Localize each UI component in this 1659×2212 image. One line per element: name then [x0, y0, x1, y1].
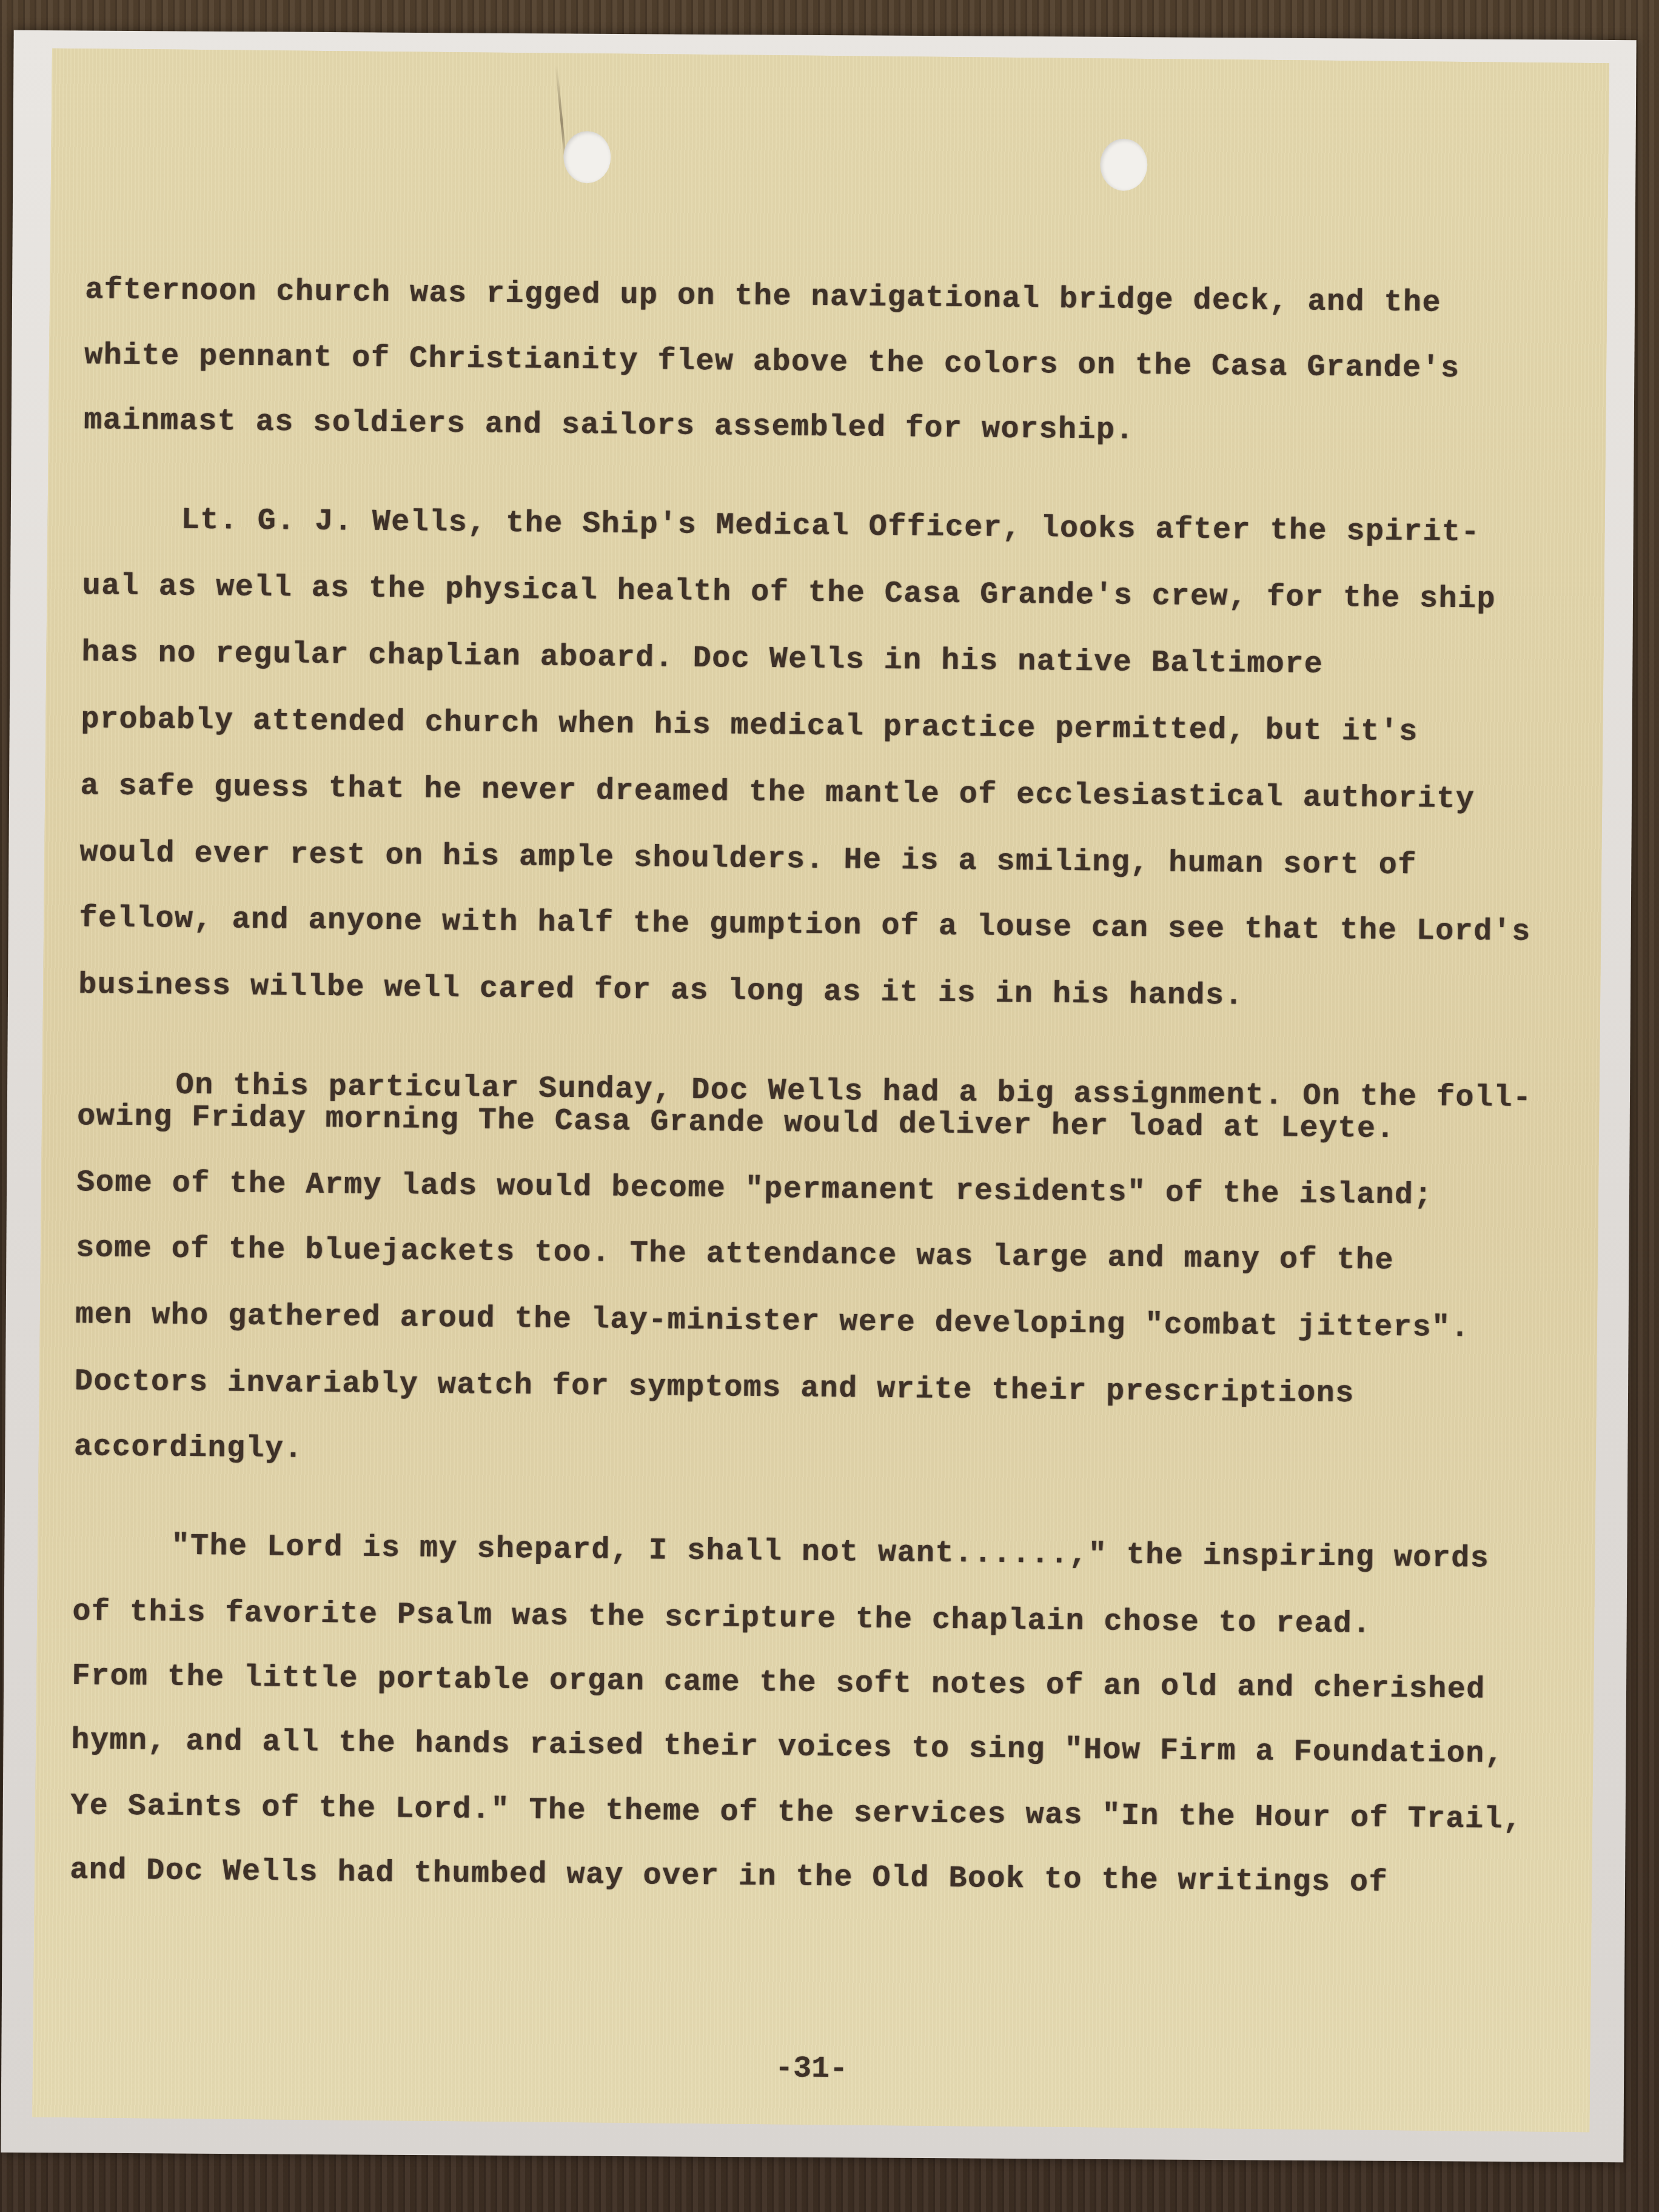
typed-page: afternoon church was rigged up on the na… — [32, 49, 1609, 2132]
text-line: Some of the Army lads would become "perm… — [76, 1165, 1433, 1213]
text-line: men who gathered aroud the lay-minister … — [75, 1298, 1470, 1346]
punch-hole-right — [1100, 138, 1148, 191]
text-line: accordingly. — [74, 1430, 304, 1467]
text-line: a safe guess that he never dreamed the m… — [80, 769, 1475, 817]
text-line: From the little portable organ came the … — [72, 1659, 1486, 1707]
text-line: Ye Saints of the Lord." The theme of the… — [70, 1789, 1523, 1837]
text-line: ual as well as the physical health of th… — [82, 569, 1496, 617]
text-line: would ever rest on his ample shoulders. … — [79, 836, 1417, 883]
punch-hole-left — [563, 131, 611, 184]
text-line: of this favorite Psalm was the scripture… — [72, 1595, 1372, 1642]
text-line: Lt. G. J. Wells, the Ship's Medical Offi… — [181, 503, 1480, 551]
page-number: -31- — [33, 2045, 1590, 2094]
text-line: "The Lord is my shepard, I shall not wan… — [171, 1529, 1489, 1577]
text-line: Doctors invariably watch for symptoms an… — [75, 1364, 1355, 1411]
text-line: has no regular chaplian aboard. Doc Well… — [81, 635, 1323, 682]
text-line: mainmast as soldiers and sailors assembl… — [84, 403, 1134, 448]
text-line: some of the bluejackets too. The attenda… — [76, 1231, 1394, 1278]
text-line: business willbe well cared for as long a… — [78, 968, 1244, 1013]
text-line: afternoon church was rigged up on the na… — [85, 273, 1441, 320]
text-line: white pennant of Christianity flew above… — [84, 338, 1460, 386]
text-line: hymn, and all the hands raised their voi… — [71, 1723, 1504, 1772]
text-line: fellow, and anyone with half the gumptio… — [79, 901, 1531, 950]
text-line: probably attended church when his medica… — [81, 702, 1418, 749]
text-line: and Doc Wells had thumbed way over in th… — [70, 1853, 1388, 1900]
